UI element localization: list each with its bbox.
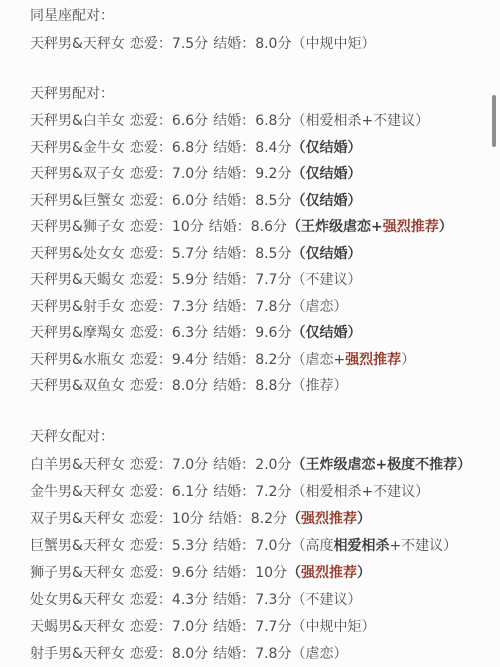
- note-segment: （中规中矩）: [291, 36, 375, 52]
- note-segment: （王炸级虐恋+极度不推荐）: [291, 457, 471, 473]
- pairing-row: 天秤男&金牛女恋爱：6.8分结婚：8.4分（仅结婚）: [30, 135, 480, 162]
- love-score: 6.0分: [172, 193, 208, 209]
- pair-name: 狮子男&天秤女: [30, 565, 125, 581]
- compatibility-document: 同星座配对： 天秤男&天秤女恋爱：7.5分结婚：8.0分（中规中矩） 天秤男配对…: [30, 0, 480, 667]
- marry-score: 10分: [255, 565, 287, 581]
- note-segment: （仅结婚）: [291, 325, 361, 341]
- marry-score: 8.2分: [251, 511, 287, 527]
- pair-name: 天蝎男&天秤女: [30, 619, 125, 635]
- love-label: 恋爱：: [130, 166, 172, 182]
- note-segment: （虐恋）: [291, 646, 347, 662]
- note-segment: （虐恋+: [291, 352, 345, 368]
- note-segment: （高度: [291, 538, 333, 554]
- marry-label: 结婚：: [213, 565, 255, 581]
- love-label: 恋爱：: [130, 511, 172, 527]
- pairing-row: 处女男&天秤女恋爱：4.3分结婚：7.3分（不建议）: [30, 587, 480, 614]
- pair-name: 巨蟹男&天秤女: [30, 538, 125, 554]
- love-score: 8.0分: [172, 646, 208, 662]
- marry-score: 8.0分: [255, 36, 291, 52]
- pair-name: 天秤男&狮子女: [30, 219, 125, 235]
- pairing-rows: 天秤男&天秤女恋爱：7.5分结婚：8.0分（中规中矩）: [30, 30, 480, 58]
- love-score: 6.6分: [172, 113, 208, 129]
- pairing-row: 狮子男&天秤女恋爱：9.6分结婚：10分（强烈推荐）: [30, 560, 480, 587]
- love-score: 7.3分: [172, 299, 208, 315]
- note-segment: （: [287, 565, 301, 581]
- section-libra-male: 天秤男配对： 天秤男&白羊女恋爱：6.6分结婚：6.8分（相爱相杀+不建议）天秤…: [30, 84, 480, 400]
- marry-score: 9.2分: [255, 166, 291, 182]
- love-score: 10分: [172, 511, 204, 527]
- marry-label: 结婚：: [209, 511, 251, 527]
- section-heading: 天秤男配对：: [30, 84, 480, 104]
- love-score: 7.5分: [172, 36, 208, 52]
- love-label: 恋爱：: [130, 113, 172, 129]
- love-score: 6.1分: [172, 484, 208, 500]
- note-segment: （虐恋）: [291, 299, 347, 315]
- marry-label: 结婚：: [213, 378, 255, 394]
- love-label: 恋爱：: [130, 378, 172, 394]
- love-label: 恋爱：: [130, 219, 172, 235]
- pairing-row: 天秤男&狮子女恋爱：10分结婚：8.6分（王炸级虐恋+强烈推荐）: [30, 214, 480, 241]
- love-label: 恋爱：: [130, 352, 172, 368]
- note-segment: （相爱相杀+不建议）: [291, 113, 429, 129]
- marry-label: 结婚：: [213, 113, 255, 129]
- marry-label: 结婚：: [213, 538, 255, 554]
- pairing-row: 双子男&天秤女恋爱：10分结婚：8.2分（强烈推荐）: [30, 506, 480, 533]
- love-label: 恋爱：: [130, 36, 172, 52]
- love-label: 恋爱：: [130, 325, 172, 341]
- love-score: 9.4分: [172, 352, 208, 368]
- love-label: 恋爱：: [130, 193, 172, 209]
- note-segment: （相爱相杀+不建议）: [291, 484, 429, 500]
- pairing-row: 巨蟹男&天秤女恋爱：5.3分结婚：7.0分（高度相爱相杀+不建议）: [30, 533, 480, 560]
- love-label: 恋爱：: [130, 484, 172, 500]
- marry-score: 8.4分: [255, 140, 291, 156]
- note-segment: ）: [439, 219, 453, 235]
- marry-label: 结婚：: [209, 219, 251, 235]
- pair-name: 天秤男&巨蟹女: [30, 193, 125, 209]
- marry-score: 9.6分: [255, 325, 291, 341]
- love-score: 5.9分: [172, 272, 208, 288]
- note-segment: （不建议）: [291, 272, 361, 288]
- marry-label: 结婚：: [213, 36, 255, 52]
- pairing-row: 金牛男&天秤女恋爱：6.1分结婚：7.2分（相爱相杀+不建议）: [30, 479, 480, 506]
- marry-score: 7.7分: [255, 272, 291, 288]
- pairing-row: 天秤男&天秤女恋爱：7.5分结婚：8.0分（中规中矩）: [30, 30, 480, 58]
- note-segment: （: [287, 511, 301, 527]
- marry-label: 结婚：: [213, 299, 255, 315]
- marry-score: 8.8分: [255, 378, 291, 394]
- love-label: 恋爱：: [130, 592, 172, 608]
- love-label: 恋爱：: [130, 272, 172, 288]
- marry-label: 结婚：: [213, 140, 255, 156]
- love-score: 7.0分: [172, 457, 208, 473]
- pair-name: 天秤男&处女女: [30, 246, 125, 262]
- pair-name: 白羊男&天秤女: [30, 457, 125, 473]
- note-segment: ）: [357, 511, 371, 527]
- pairing-row: 天秤男&白羊女恋爱：6.6分结婚：6.8分（相爱相杀+不建议）: [30, 108, 480, 135]
- marry-label: 结婚：: [213, 193, 255, 209]
- marry-label: 结婚：: [213, 592, 255, 608]
- love-label: 恋爱：: [130, 246, 172, 262]
- pair-name: 天秤男&双鱼女: [30, 378, 125, 394]
- marry-label: 结婚：: [213, 166, 255, 182]
- love-score: 7.0分: [172, 166, 208, 182]
- note-segment: （不建议）: [291, 592, 361, 608]
- pairing-row: 射手男&天秤女恋爱：8.0分结婚：7.8分（虐恋）: [30, 641, 480, 667]
- marry-label: 结婚：: [213, 619, 255, 635]
- pairing-rows: 白羊男&天秤女恋爱：7.0分结婚：2.0分（王炸级虐恋+极度不推荐）金牛男&天秤…: [30, 447, 480, 667]
- pair-name: 天秤男&天蝎女: [30, 272, 125, 288]
- note-segment: （推荐）: [291, 378, 347, 394]
- pair-name: 金牛男&天秤女: [30, 484, 125, 500]
- love-score: 6.3分: [172, 325, 208, 341]
- marry-score: 7.0分: [255, 538, 291, 554]
- pair-name: 天秤男&白羊女: [30, 113, 125, 129]
- love-label: 恋爱：: [130, 538, 172, 554]
- love-score: 9.6分: [172, 565, 208, 581]
- love-score: 6.8分: [172, 140, 208, 156]
- marry-label: 结婚：: [213, 325, 255, 341]
- love-label: 恋爱：: [130, 619, 172, 635]
- pairing-row: 天秤男&射手女恋爱：7.3分结婚：7.8分（虐恋）: [30, 294, 480, 321]
- love-label: 恋爱：: [130, 299, 172, 315]
- pairing-row: 天蝎男&天秤女恋爱：7.0分结婚：7.7分（中规中矩）: [30, 614, 480, 641]
- pairing-row: 天秤男&双子女恋爱：7.0分结婚：9.2分（仅结婚）: [30, 161, 480, 188]
- section-libra-female: 天秤女配对： 白羊男&天秤女恋爱：7.0分结婚：2.0分（王炸级虐恋+极度不推荐…: [30, 427, 480, 667]
- love-score: 7.0分: [172, 619, 208, 635]
- love-score: 5.7分: [172, 246, 208, 262]
- pairing-row: 天秤男&巨蟹女恋爱：6.0分结婚：8.5分（仅结婚）: [30, 188, 480, 215]
- love-score: 8.0分: [172, 378, 208, 394]
- pairing-rows: 天秤男&白羊女恋爱：6.6分结婚：6.8分（相爱相杀+不建议）天秤男&金牛女恋爱…: [30, 104, 480, 400]
- note-segment: ）: [401, 352, 415, 368]
- pair-name: 天秤男&金牛女: [30, 140, 125, 156]
- note-segment: 相爱相杀: [333, 538, 389, 554]
- love-score: 4.3分: [172, 592, 208, 608]
- pair-name: 天秤男&天秤女: [30, 36, 125, 52]
- love-label: 恋爱：: [130, 457, 172, 473]
- pairing-row: 天秤男&处女女恋爱：5.7分结婚：8.5分（仅结婚）: [30, 241, 480, 268]
- note-segment: （仅结婚）: [291, 193, 361, 209]
- note-segment: （王炸级虐恋+: [287, 219, 383, 235]
- love-label: 恋爱：: [130, 646, 172, 662]
- marry-label: 结婚：: [213, 352, 255, 368]
- marry-score: 8.2分: [255, 352, 291, 368]
- note-segment: （仅结婚）: [291, 166, 361, 182]
- note-segment: （中规中矩）: [291, 619, 375, 635]
- pair-name: 射手男&天秤女: [30, 646, 125, 662]
- marry-score: 7.8分: [255, 646, 291, 662]
- love-score: 5.3分: [172, 538, 208, 554]
- pair-name: 天秤男&双子女: [30, 166, 125, 182]
- marry-score: 2.0分: [255, 457, 291, 473]
- marry-score: 8.6分: [251, 219, 287, 235]
- note-segment: （仅结婚）: [291, 246, 361, 262]
- note-segment: ）: [357, 565, 371, 581]
- scrollbar-thumb[interactable]: [492, 95, 496, 147]
- pairing-row: 白羊男&天秤女恋爱：7.0分结婚：2.0分（王炸级虐恋+极度不推荐）: [30, 452, 480, 479]
- pair-name: 天秤男&水瓶女: [30, 352, 125, 368]
- love-score: 10分: [172, 219, 204, 235]
- note-segment: 强烈推荐: [301, 511, 357, 527]
- section-heading: 天秤女配对：: [30, 427, 480, 447]
- pairing-row: 天秤男&摩羯女恋爱：6.3分结婚：9.6分（仅结婚）: [30, 320, 480, 347]
- marry-label: 结婚：: [213, 484, 255, 500]
- marry-score: 7.7分: [255, 619, 291, 635]
- pairing-row: 天秤男&双鱼女恋爱：8.0分结婚：8.8分（推荐）: [30, 373, 480, 400]
- pairing-row: 天秤男&水瓶女恋爱：9.4分结婚：8.2分（虐恋+强烈推荐）: [30, 347, 480, 374]
- marry-score: 8.5分: [255, 193, 291, 209]
- pairing-row: 天秤男&天蝎女恋爱：5.9分结婚：7.7分（不建议）: [30, 267, 480, 294]
- marry-label: 结婚：: [213, 272, 255, 288]
- note-segment: 强烈推荐: [345, 352, 401, 368]
- note-segment: +不建议）: [389, 538, 457, 554]
- section-heading: 同星座配对：: [30, 6, 480, 26]
- pair-name: 双子男&天秤女: [30, 511, 125, 527]
- note-segment: 强烈推荐: [301, 565, 357, 581]
- note-segment: 强烈推荐: [383, 219, 439, 235]
- marry-score: 7.2分: [255, 484, 291, 500]
- marry-score: 6.8分: [255, 113, 291, 129]
- love-label: 恋爱：: [130, 565, 172, 581]
- marry-score: 7.3分: [255, 592, 291, 608]
- section-same-sign: 同星座配对： 天秤男&天秤女恋爱：7.5分结婚：8.0分（中规中矩）: [30, 6, 480, 58]
- pair-name: 处女男&天秤女: [30, 592, 125, 608]
- pair-name: 天秤男&摩羯女: [30, 325, 125, 341]
- pair-name: 天秤男&射手女: [30, 299, 125, 315]
- marry-label: 结婚：: [213, 457, 255, 473]
- note-segment: （仅结婚）: [291, 140, 361, 156]
- marry-label: 结婚：: [213, 646, 255, 662]
- love-label: 恋爱：: [130, 140, 172, 156]
- marry-score: 8.5分: [255, 246, 291, 262]
- marry-score: 7.8分: [255, 299, 291, 315]
- marry-label: 结婚：: [213, 246, 255, 262]
